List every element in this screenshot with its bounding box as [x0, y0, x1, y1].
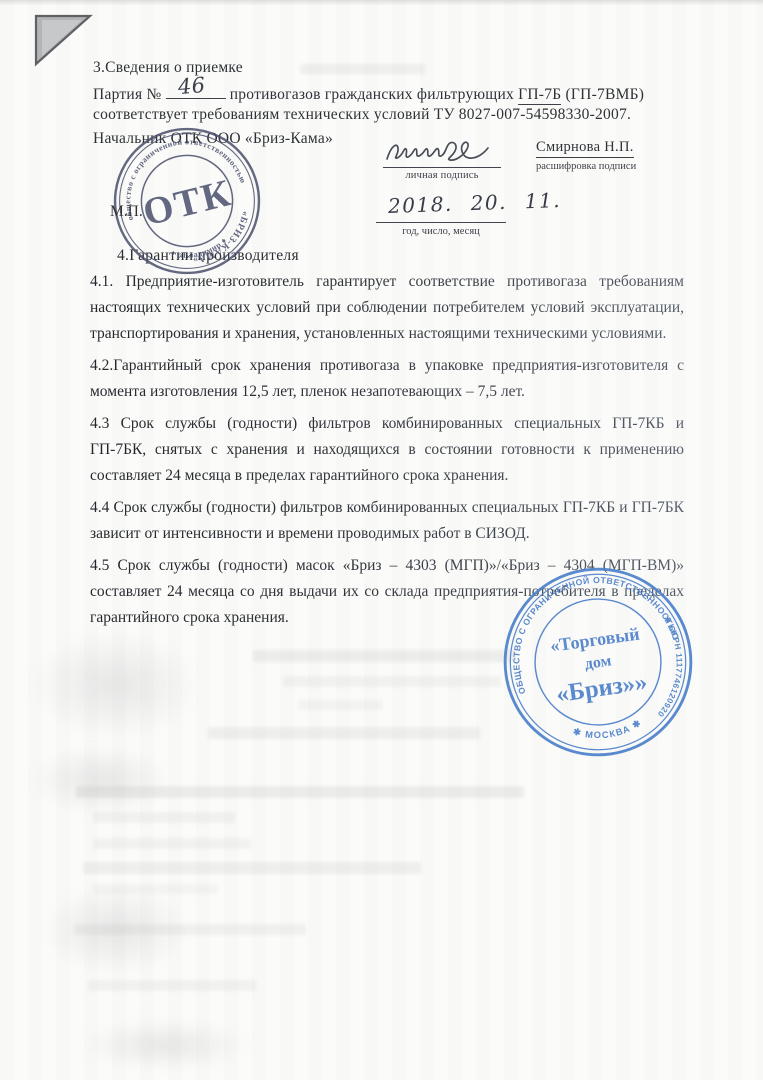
- signature-caption: личная подпись: [383, 170, 501, 181]
- bleedthrough-line: [253, 650, 515, 662]
- stamp-place-label: М.П.: [110, 203, 143, 221]
- scan-smudge: [30, 745, 170, 815]
- signature-name-caption: расшифровка подписи: [536, 161, 636, 172]
- scanned-document-page: 3.Сведения о приемке Партия № 46 противо…: [0, 0, 763, 1080]
- scan-smudge: [80, 1020, 250, 1070]
- party-text: противогазов гражданских фильтрующих: [230, 86, 514, 103]
- section3-title: 3.Сведения о приемке: [93, 59, 243, 77]
- bleedthrough-line: [93, 838, 251, 849]
- bleedthrough-line: [83, 862, 421, 874]
- bleedthrough-line: [300, 64, 425, 74]
- gas-mask-model-alt: (ГП-7ВМБ): [566, 86, 645, 103]
- svg-text:✱ МОСКВА ✱: ✱ МОСКВА ✱: [571, 717, 645, 745]
- gas-mask-model: ГП-7Б: [518, 86, 561, 105]
- bleedthrough-line: [298, 700, 383, 710]
- briz-center-line2: дом: [584, 652, 613, 673]
- signature-name: Смирнова Н.П.: [536, 139, 634, 158]
- party-number-handwritten: 46: [177, 73, 206, 99]
- otk-round-stamp: общество с ограниченной ответственностью…: [110, 124, 264, 278]
- bleedthrough-line: [208, 727, 480, 739]
- warranty-item-4-3: 4.3 Срок службы (годности) фильтров комб…: [90, 411, 684, 489]
- date-handwritten: 2018. 20. 11.: [388, 188, 562, 218]
- bleedthrough-line: [88, 980, 256, 991]
- scan-smudge: [30, 630, 200, 740]
- warranty-item-4-2: 4.2.Гарантийный срок хранения противогаз…: [90, 353, 684, 405]
- signature-line: [383, 137, 501, 168]
- briz-center-line1: «Торговый: [549, 624, 641, 656]
- briz-round-stamp: ОБЩЕСТВО С ОГРАНИЧЕННОЙ ОТВЕТСТВЕННОСТЬЮ…: [500, 564, 696, 760]
- briz-center-line3: «Бриз»»: [555, 669, 649, 708]
- bleedthrough-line: [283, 676, 501, 687]
- party-line: Партия № 46 противогазов гражданских фил…: [93, 82, 644, 104]
- conformity-line: соответствует требованиям технических ус…: [93, 106, 631, 124]
- date-caption: год, число, месяц: [376, 226, 506, 237]
- briz-ring-city: ✱ МОСКВА ✱: [571, 717, 645, 745]
- otk-center-label: ОТК: [139, 172, 236, 234]
- warranty-item-4-4: 4.4 Срок службы (годности) фильтров комб…: [90, 495, 684, 547]
- party-number-blank: 46: [166, 82, 226, 99]
- handwritten-signature-icon: [383, 137, 501, 167]
- scan-smudge: [40, 885, 190, 975]
- party-label: Партия №: [93, 86, 161, 103]
- warranty-item-4-1: 4.1. Предприятие-изготовитель гарантируе…: [90, 269, 684, 347]
- scan-edge: [0, 0, 763, 6]
